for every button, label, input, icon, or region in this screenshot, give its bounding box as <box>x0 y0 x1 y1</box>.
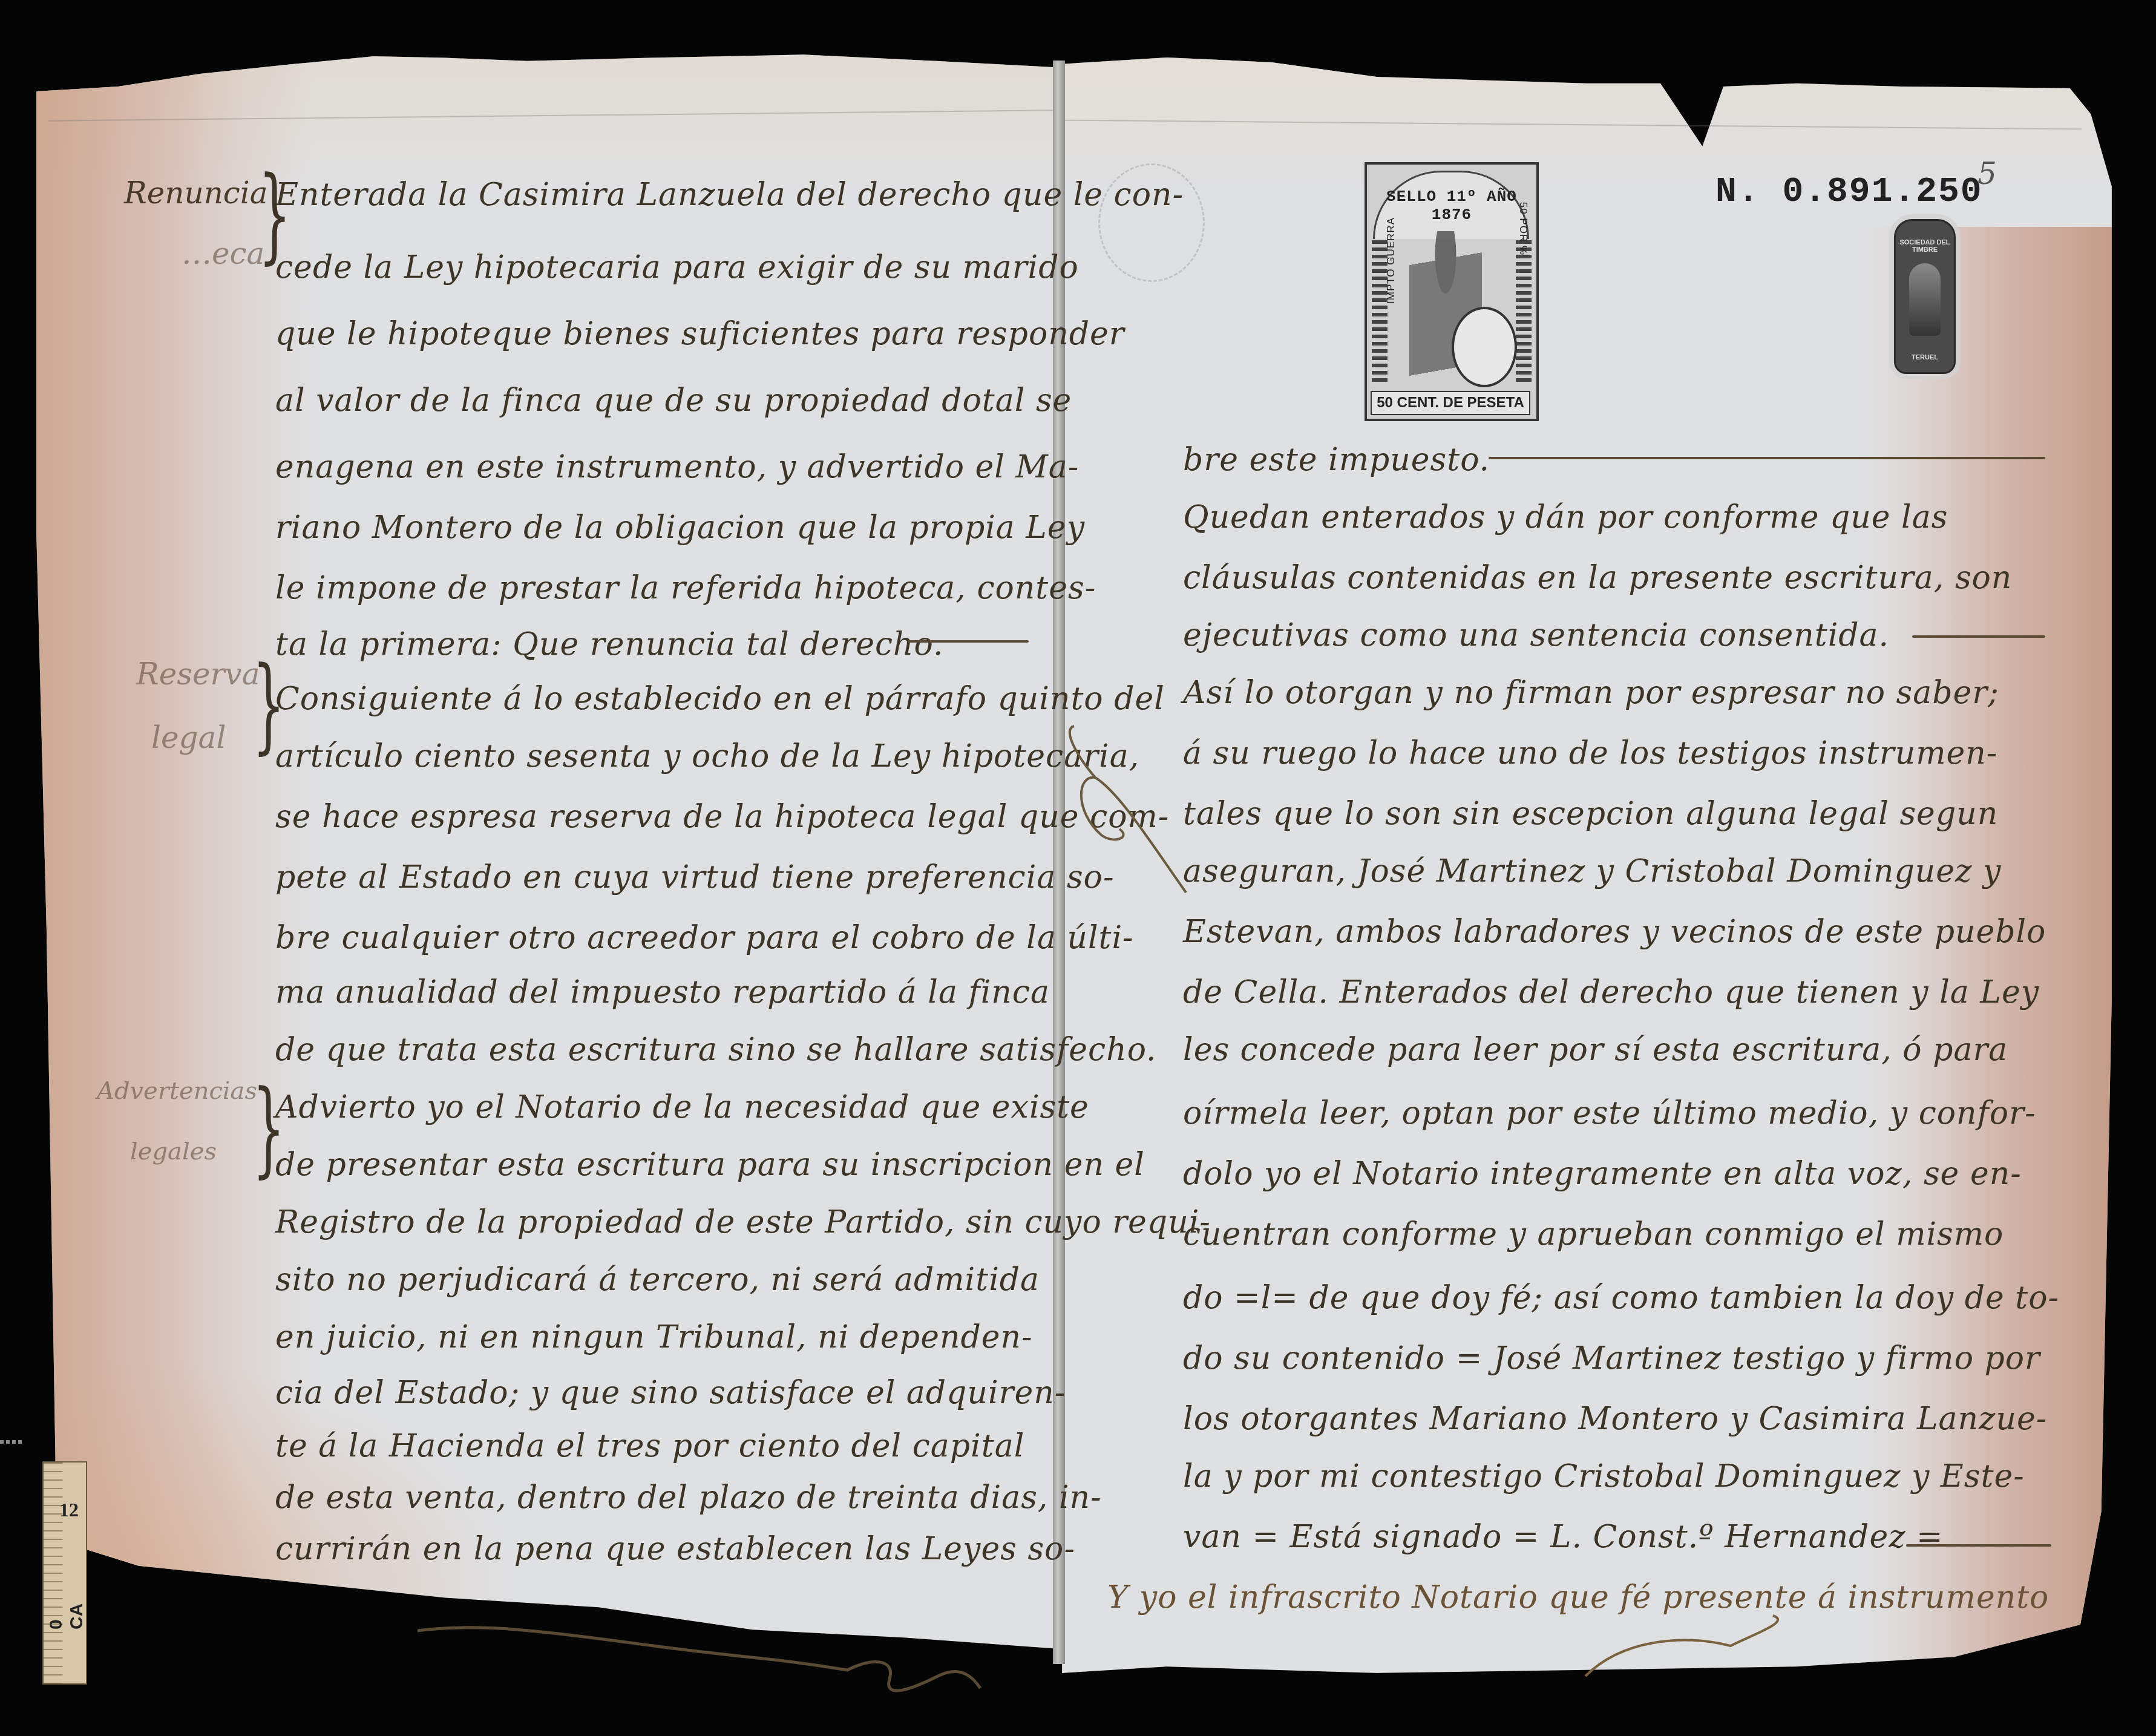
text-line: de esta venta, dentro del plazo de trein… <box>275 1479 1102 1516</box>
ruler-label: 0 CA <box>46 1591 87 1630</box>
ruler-number: 12 <box>59 1499 79 1521</box>
serial-number: N. 0.891.250 <box>1715 172 1983 212</box>
ruler-edge-ticks <box>0 1440 24 1444</box>
text-line: Y yo el infrascrito Notario que fé prese… <box>1107 1579 2049 1616</box>
text-line: bre cualquier otro acreedor para el cobr… <box>275 920 1134 956</box>
text-line: do =l= de que doy fé; así como tambien l… <box>1183 1280 2059 1316</box>
text-line: Consiguiente á lo establecido en el párr… <box>275 681 1165 717</box>
scale-ruler: 12 0 CA <box>42 1461 87 1685</box>
text-line: Enterada la Casimira Lanzuela del derech… <box>275 177 1184 213</box>
text-line: la y por mi contestigo Cristobal Domingu… <box>1183 1458 2025 1495</box>
society-stamp-bottom: TERUEL <box>1896 354 1954 361</box>
text-line: Advierto yo el Notario de la necesidad q… <box>275 1089 1089 1125</box>
text-line: te á la Hacienda el tres por ciento del … <box>275 1428 1024 1464</box>
paper-stain-edge <box>36 51 315 1649</box>
faint-seal-icon <box>1098 163 1205 282</box>
text-line: ma anualidad del impuesto repartido á la… <box>275 974 1050 1010</box>
text-line: Quedan enterados y dán por conforme que … <box>1183 499 1948 536</box>
line-filler <box>1906 1544 2051 1547</box>
text-line: cia del Estado; y que sino satisface el … <box>275 1375 1066 1411</box>
line-filler <box>1912 635 2045 638</box>
margin-note-legal: legal <box>151 720 226 755</box>
text-line: pete al Estado en cuya virtud tiene pref… <box>275 859 1114 896</box>
tax-stamp-50-cent: SELLO 11º AÑO 1876 IMPTO GUERRA 50 POR %… <box>1365 162 1539 421</box>
notary-flourish-icon <box>1573 1616 1876 1688</box>
text-line: cede la Ley hipotecaria para exigir de s… <box>275 249 1079 286</box>
text-line: de que trata esta escritura sino se hall… <box>275 1032 1157 1068</box>
text-line: les concede para leer por sí esta escrit… <box>1183 1032 2008 1068</box>
text-line: se hace espresa reserva de la hipoteca l… <box>275 799 1169 835</box>
text-line: cláusulas contenidas en la presente escr… <box>1183 560 2012 596</box>
closing-flourish-icon <box>411 1622 986 1706</box>
text-line: de Cella. Enterados del derecho que tien… <box>1183 974 2039 1010</box>
text-line: Así lo otorgan y no firman por espresar … <box>1183 675 1999 711</box>
text-line: á su ruego lo hace uno de los testigos i… <box>1183 735 1997 771</box>
text-line: Registro de la propiedad de este Partido… <box>275 1204 1211 1240</box>
ruler-ticks <box>44 1462 86 1683</box>
text-line: oírmela leer, optan por este último medi… <box>1183 1095 2036 1132</box>
stamp-value: 50 CENT. DE PESETA <box>1371 391 1530 415</box>
stamp-header: SELLO 11º AÑO 1876 <box>1380 188 1523 224</box>
text-line: do su contenido = José Martinez testigo … <box>1183 1340 2040 1377</box>
stamp-left-label: IMPTO GUERRA <box>1385 217 1397 304</box>
text-line: van = Está signado = L. Const.º Hernande… <box>1183 1519 1944 1555</box>
portrait-icon <box>1909 263 1941 336</box>
society-stamp: SOCIEDAD DEL TIMBRE TERUEL <box>1894 219 1956 374</box>
margin-note-renuncia-sub: …eca <box>182 236 264 271</box>
text-line: tales que lo son sin escepcion alguna le… <box>1183 796 1998 832</box>
stamp-right-label: 50 POR % <box>1517 202 1529 255</box>
text-line: ejecutivas como una sentencia consentida… <box>1183 617 1889 653</box>
margin-note-renuncia: Renuncia <box>124 175 268 211</box>
text-line: dolo yo el Notario integramente en alta … <box>1183 1156 2022 1192</box>
stamp-border-right <box>1516 240 1532 385</box>
text-line: bre este impuesto. <box>1183 442 1490 478</box>
society-stamp-top: SOCIEDAD DEL TIMBRE <box>1896 239 1954 254</box>
text-line: de presentar esta escritura para su insc… <box>275 1147 1145 1183</box>
text-line: le impone de prestar la referida hipotec… <box>275 570 1096 606</box>
line-filler <box>1489 457 2045 459</box>
folio-mark: 5 <box>1977 156 1997 191</box>
stamp-medallion-icon <box>1452 307 1517 387</box>
text-line: al valor de la finca que de su propiedad… <box>275 382 1072 419</box>
text-line: currirán en la pena que establecen las L… <box>275 1531 1075 1567</box>
text-line: en juicio, ni en ningun Tribunal, ni dep… <box>275 1319 1033 1355</box>
paper-stain-top <box>36 51 1059 197</box>
text-line: Estevan, ambos labradores y vecinos de e… <box>1183 914 2046 950</box>
margin-note-legales: legales <box>130 1138 217 1165</box>
text-line: cuentran conforme y aprueban conmigo el … <box>1183 1216 2004 1253</box>
text-line: sito no perjudicará á tercero, ni será a… <box>275 1262 1040 1298</box>
line-filler <box>908 640 1029 643</box>
text-line: los otorgantes Mariano Montero y Casimir… <box>1183 1401 2047 1437</box>
text-line: riano Montero de la obligacion que la pr… <box>275 509 1085 546</box>
text-line: ta la primera: Que renuncia tal derecho. <box>275 626 943 663</box>
text-line: que le hipoteque bienes suficientes para… <box>275 316 1125 352</box>
text-line: enagena en este instrumento, y advertido… <box>275 449 1079 485</box>
margin-note-advertencias: Advertencias <box>97 1077 257 1105</box>
text-line: aseguran, José Martinez y Cristobal Domi… <box>1183 853 2001 889</box>
text-line: artículo ciento sesenta y ocho de la Ley… <box>275 738 1139 775</box>
margin-note-reserva: Reserva <box>136 657 260 692</box>
